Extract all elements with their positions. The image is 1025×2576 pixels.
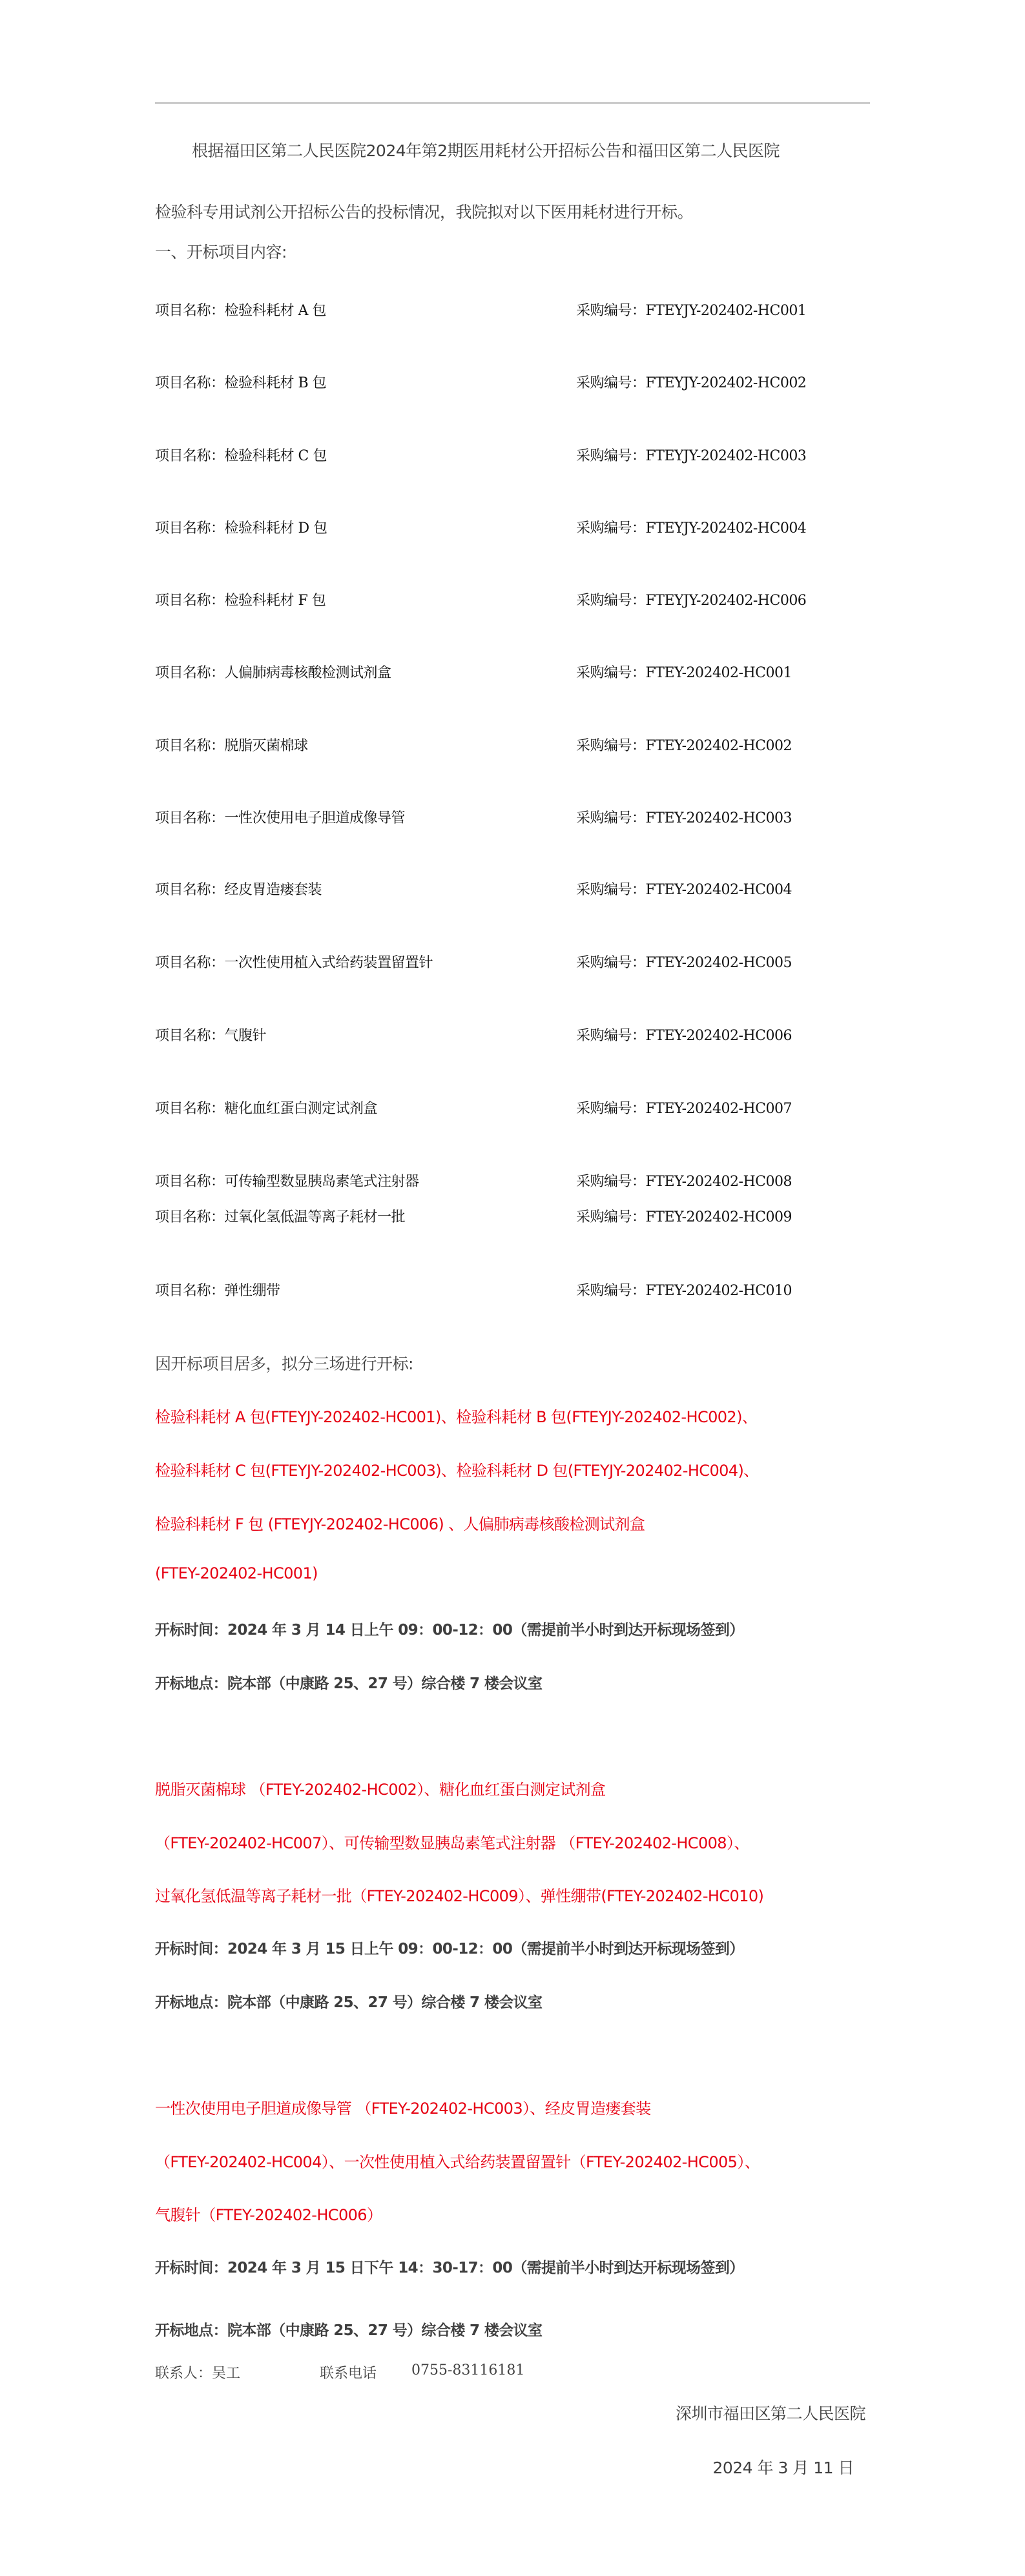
session-place: 开标地点：院本部（中康路 25、27 号）综合楼 7 楼会议室 bbox=[155, 1671, 542, 1693]
item-name: 项目名称：弹性绷带 bbox=[155, 1280, 280, 1300]
session-items-line: 过氧化氢低温等离子耗材一批（FTEY-202402-HC009）、弹性绷带(FT… bbox=[155, 1883, 763, 1906]
contact-person: 联系人：吴工 bbox=[155, 2362, 240, 2382]
item-name: 项目名称：经皮胃造瘘套装 bbox=[155, 879, 322, 899]
top-divider bbox=[155, 102, 870, 104]
item-name: 项目名称：可传输型数显胰岛素笔式注射器 bbox=[155, 1170, 419, 1191]
session-items-line: (FTEY-202402-HC001) bbox=[155, 1564, 318, 1582]
session-place: 开标地点：院本部（中康路 25、27 号）综合楼 7 楼会议室 bbox=[155, 2318, 542, 2340]
session-items-line: 检验科耗材 C 包(FTEYJY-202402-HC003)、检验科耗材 D 包… bbox=[155, 1458, 759, 1480]
item-code: 采购编号：FTEY-202402-HC006 bbox=[576, 1025, 792, 1045]
session-items-line: 气腹针（FTEY-202402-HC006） bbox=[155, 2202, 382, 2225]
item-name: 项目名称：检验科耗材 A 包 bbox=[155, 300, 326, 320]
intro-line-2: 检验科专用试剂公开招标公告的投标情况，我院拟对以下医用耗材进行开标。 bbox=[155, 199, 693, 223]
session-time: 开标时间：2024 年 3 月 14 日上午 09：00-12：00（需提前半小… bbox=[155, 1618, 744, 1639]
item-code: 采购编号：FTEYJY-202402-HC001 bbox=[576, 300, 806, 320]
item-code: 采购编号：FTEY-202402-HC002 bbox=[576, 735, 792, 755]
item-code: 采购编号：FTEY-202402-HC007 bbox=[576, 1098, 792, 1118]
item-name: 项目名称：人偏肺病毒核酸检测试剂盒 bbox=[155, 662, 391, 682]
item-code: 采购编号：FTEYJY-202402-HC003 bbox=[576, 445, 806, 465]
intro-line-1: 根据福田区第二人民医院2024年第2期医用耗材公开招标公告和福田区第二人民医院 bbox=[192, 138, 780, 161]
item-code: 采购编号：FTEY-202402-HC008 bbox=[576, 1170, 792, 1191]
contact-phone-label: 联系电话 bbox=[320, 2362, 377, 2382]
session-items-line: （FTEY-202402-HC007）、可传输型数显胰岛素笔式注射器 （FTEY… bbox=[155, 1830, 749, 1853]
session-items-line: 一性次使用电子胆道成像导管 （FTEY-202402-HC003）、经皮胃造瘘套… bbox=[155, 2096, 651, 2118]
item-code: 采购编号：FTEY-202402-HC009 bbox=[576, 1206, 792, 1226]
item-code: 采购编号：FTEY-202402-HC010 bbox=[576, 1280, 792, 1300]
item-code: 采购编号：FTEY-202402-HC003 bbox=[576, 807, 792, 827]
signature-date: 2024 年 3 月 11 日 bbox=[712, 2455, 854, 2479]
section-heading: 一、开标项目内容: bbox=[155, 240, 287, 263]
session-time: 开标时间：2024 年 3 月 15 日下午 14：30-17：00（需提前半小… bbox=[155, 2256, 744, 2277]
item-name: 项目名称：过氧化氢低温等离子耗材一批 bbox=[155, 1206, 405, 1226]
item-name: 项目名称：一性次使用电子胆道成像导管 bbox=[155, 807, 405, 827]
session-items-line: 脱脂灭菌棉球 （FTEY-202402-HC002）、糖化血红蛋白测定试剂盒 bbox=[155, 1777, 605, 1799]
session-items-line: 检验科耗材 A 包(FTEYJY-202402-HC001)、检验科耗材 B 包… bbox=[155, 1404, 757, 1427]
session-time: 开标时间：2024 年 3 月 15 日上午 09：00-12：00（需提前半小… bbox=[155, 1937, 744, 1958]
item-name: 项目名称：检验科耗材 C 包 bbox=[155, 445, 327, 465]
session-items-line: （FTEY-202402-HC004）、一次性使用植入式给药装置留置针（FTEY… bbox=[155, 2149, 760, 2172]
item-name: 项目名称：气腹针 bbox=[155, 1025, 266, 1045]
session-place: 开标地点：院本部（中康路 25、27 号）综合楼 7 楼会议室 bbox=[155, 1990, 542, 2012]
session-items-line: 检验科耗材 F 包 (FTEYJY-202402-HC006) 、人偏肺病毒核酸… bbox=[155, 1511, 645, 1534]
item-code: 采购编号：FTEY-202402-HC004 bbox=[576, 879, 792, 899]
item-code: 采购编号：FTEYJY-202402-HC002 bbox=[576, 372, 806, 392]
signature-org: 深圳市福田区第二人民医院 bbox=[676, 2401, 865, 2424]
item-name: 项目名称：检验科耗材 F 包 bbox=[155, 589, 326, 609]
sessions-intro: 因开标项目居多，拟分三场进行开标: bbox=[155, 1351, 413, 1375]
item-code: 采购编号：FTEY-202402-HC005 bbox=[576, 952, 792, 972]
item-name: 项目名称：一次性使用植入式给药装置留置针 bbox=[155, 952, 433, 972]
item-code: 采购编号：FTEYJY-202402-HC004 bbox=[576, 517, 806, 537]
item-name: 项目名称：脱脂灭菌棉球 bbox=[155, 735, 308, 755]
item-name: 项目名称：检验科耗材 B 包 bbox=[155, 372, 326, 392]
item-name: 项目名称：糖化血红蛋白测定试剂盒 bbox=[155, 1098, 377, 1118]
item-name: 项目名称：检验科耗材 D 包 bbox=[155, 517, 327, 537]
item-code: 采购编号：FTEY-202402-HC001 bbox=[576, 662, 792, 682]
item-code: 采购编号：FTEYJY-202402-HC006 bbox=[576, 589, 806, 609]
contact-phone: 0755-83116181 bbox=[411, 2362, 524, 2378]
